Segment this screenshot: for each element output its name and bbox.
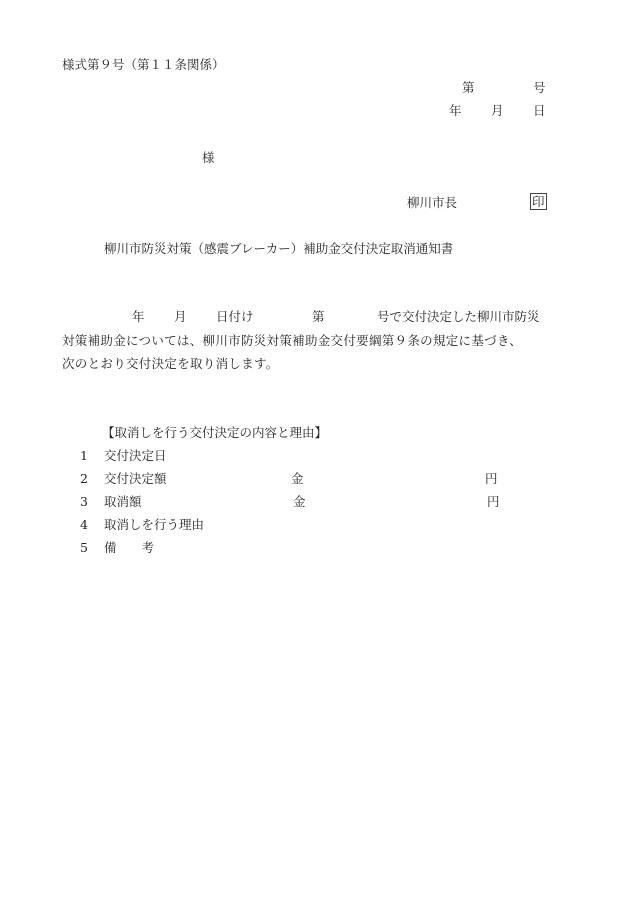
form-label: 様式第９号（第１１条関係） (62, 57, 225, 73)
item-label: 取消額 (104, 494, 142, 510)
item-label: 交付決定日 (104, 448, 167, 464)
section-heading: 【取消しを行う交付決定の内容と理由】 (102, 425, 327, 441)
item-number: 2 (80, 471, 88, 487)
addressee-suffix: 様 (202, 150, 215, 166)
amount-prefix: 金 (293, 494, 306, 510)
item-number: 4 (80, 517, 88, 533)
date-year: 年 (449, 103, 462, 119)
amount-suffix: 円 (487, 494, 500, 510)
item-number: 3 (80, 494, 88, 510)
body-line2: 対策補助金については、柳川市防災対策補助金交付要綱第９条の規定に基づき、 (62, 333, 522, 349)
body-line3: 次のとおり交付決定を取り消します。 (62, 356, 279, 372)
body-month: 月 (174, 309, 187, 325)
date-day: 日 (533, 103, 546, 119)
item-number: 1 (80, 448, 88, 464)
seal-icon: 印 (530, 193, 547, 210)
body-day: 日付け (216, 309, 254, 325)
item-label: 取消しを行う理由 (104, 517, 204, 533)
document-number-prefix: 第 (462, 80, 475, 96)
issuer-name: 柳川市長 (407, 195, 457, 211)
seal-mark: 印 (530, 193, 547, 210)
document-title: 柳川市防災対策（感震ブレーカー）補助金交付決定取消通知書 (104, 241, 453, 257)
amount-suffix: 円 (485, 471, 498, 487)
body-year: 年 (132, 309, 145, 325)
document-number-suffix: 号 (533, 80, 546, 96)
date-month: 月 (491, 103, 504, 119)
amount-prefix: 金 (291, 471, 304, 487)
item-number: 5 (80, 540, 88, 556)
item-label: 交付決定額 (104, 471, 167, 487)
body-line1-rest: 号で交付決定した柳川市防災 (377, 309, 540, 325)
body-number-prefix: 第 (312, 309, 325, 325)
item-label: 備 考 (104, 540, 154, 556)
